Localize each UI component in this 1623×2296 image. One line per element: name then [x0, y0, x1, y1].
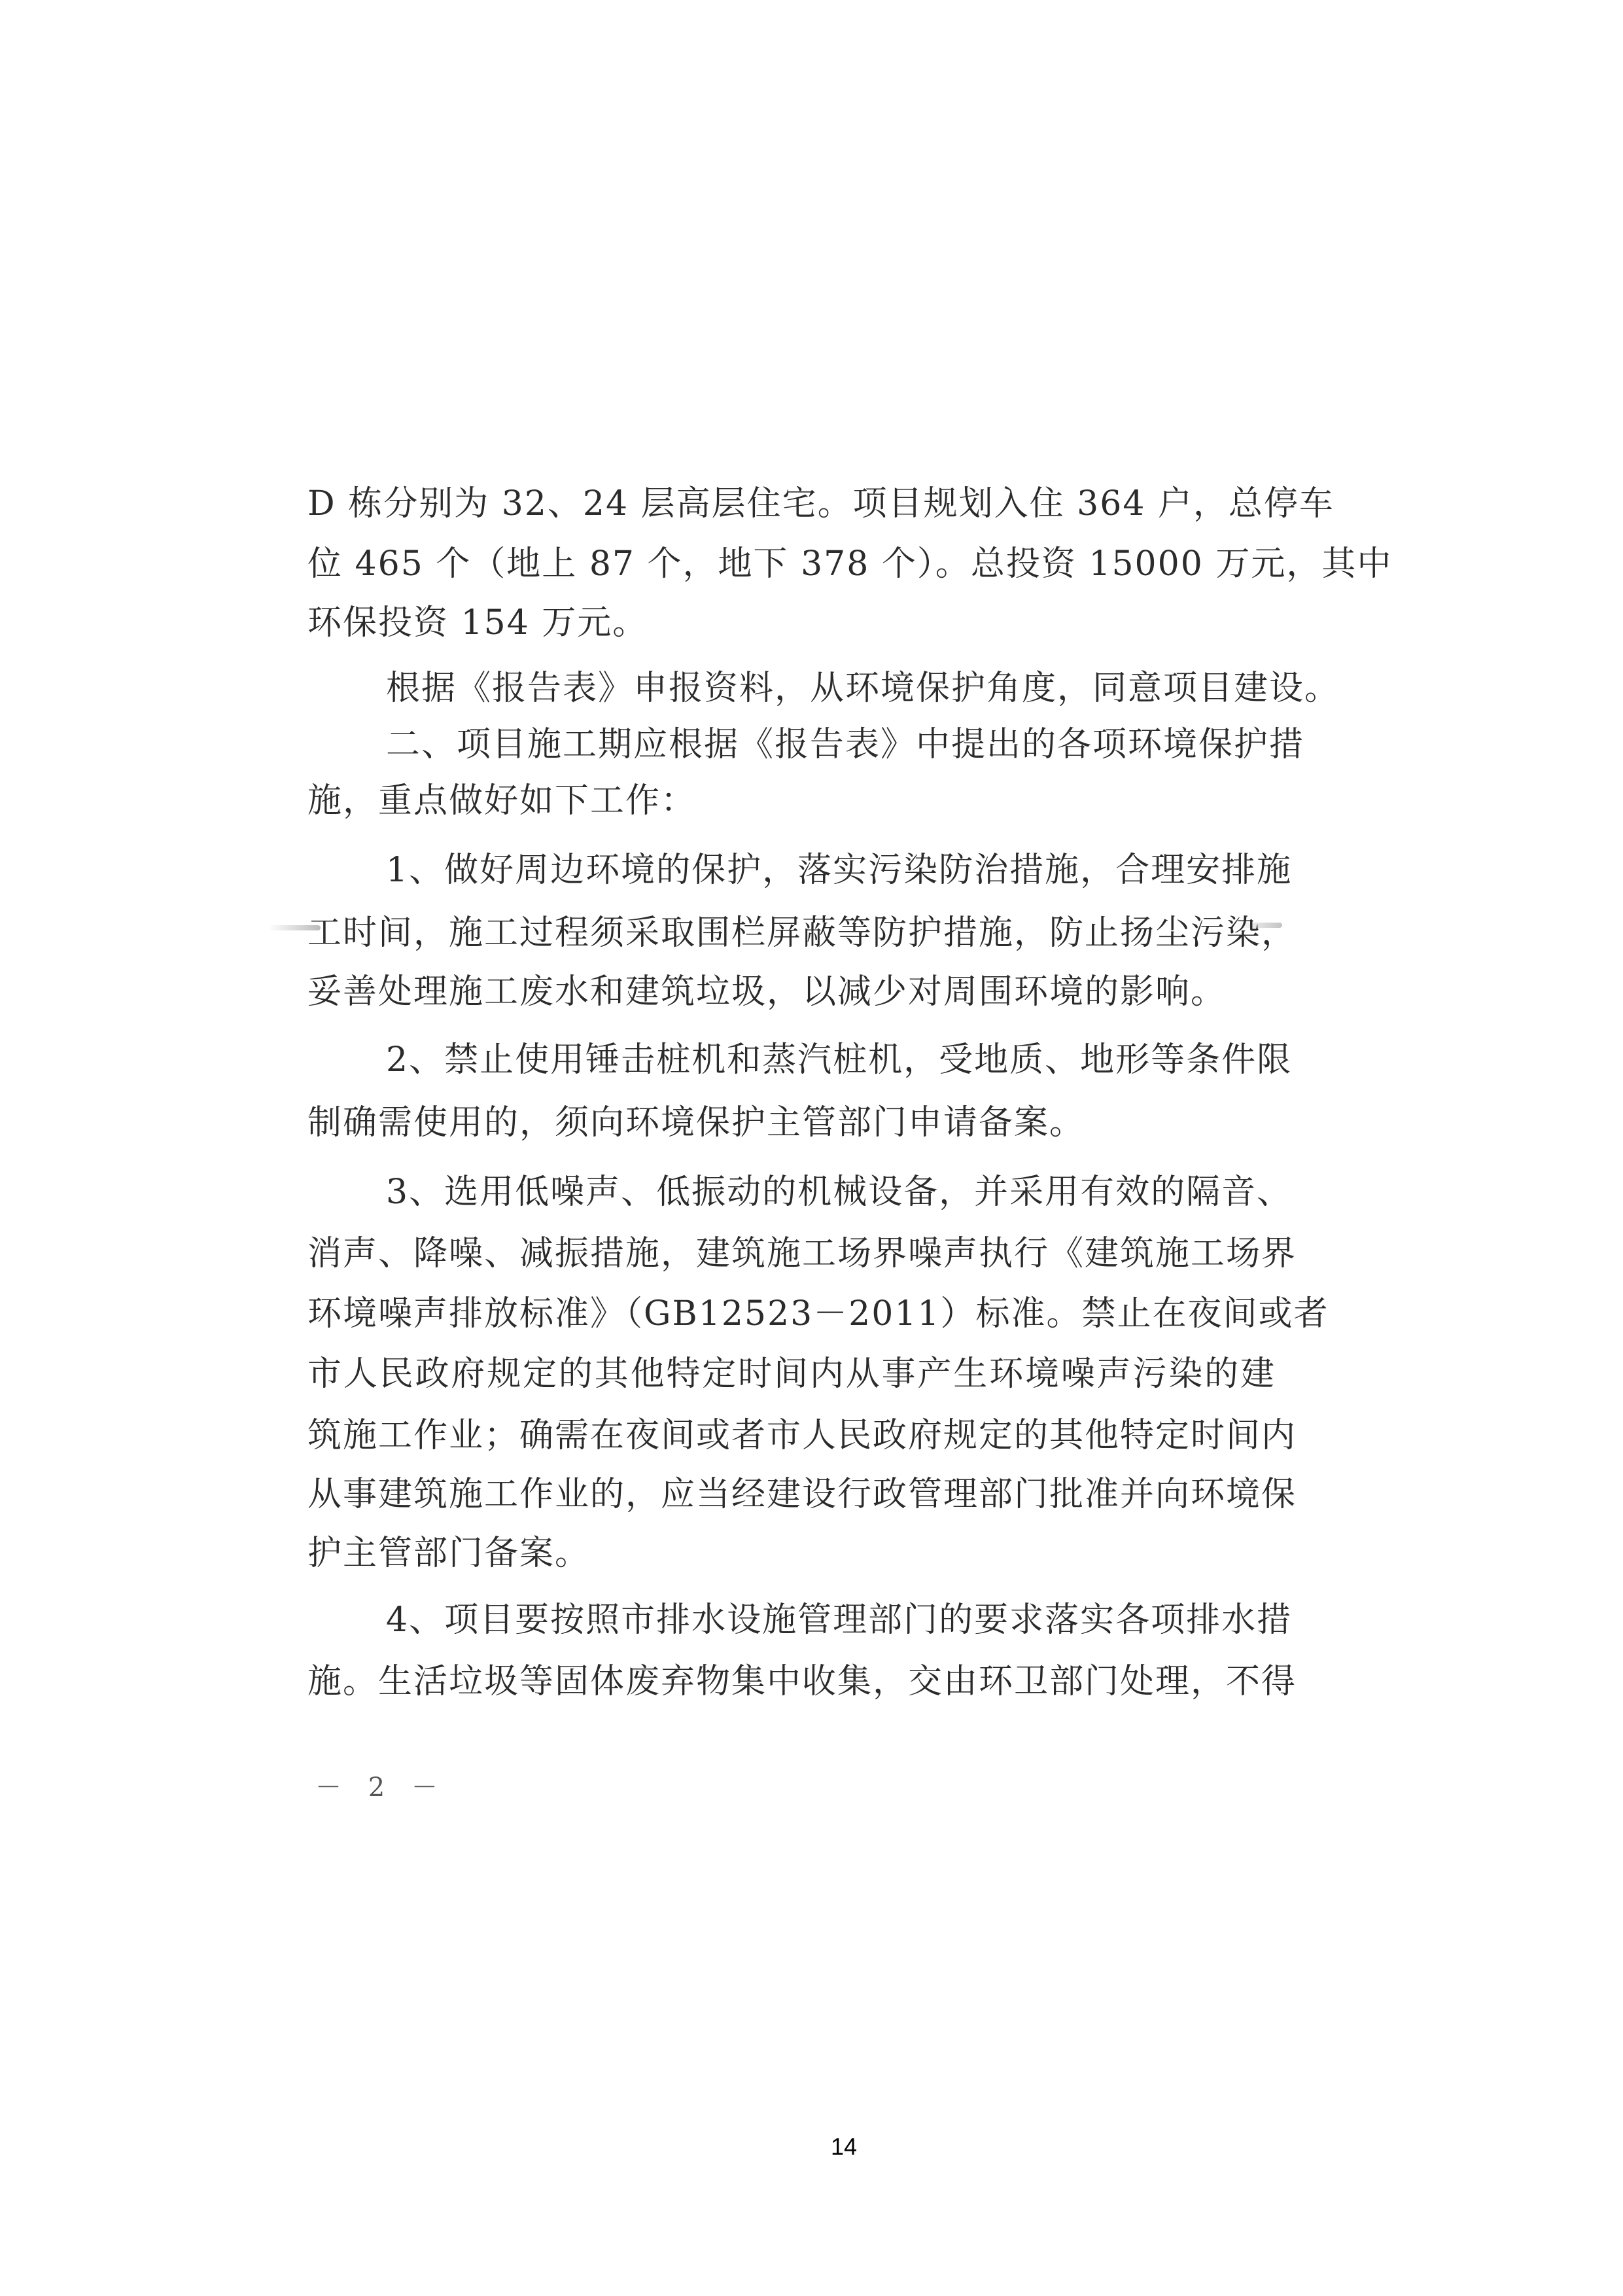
text-line: 4、项目要按照市排水设施管理部门的要求落实各项排水措 — [386, 1594, 1276, 1646]
text-line: 从事建筑施工作业的，应当经建设行政管理部门批准并向环境保 — [307, 1468, 1276, 1521]
text-line: 施，重点做好如下工作： — [307, 775, 1276, 827]
text-line: 1、做好周边环境的保护，落实污染防治措施，合理安排施 — [386, 844, 1276, 896]
text-line: 二、项目施工期应根据《报告表》中提出的各项环境保护措 — [386, 718, 1276, 771]
text-line: 3、选用低噪声、低振动的机械设备，并采用有效的隔音、 — [386, 1166, 1276, 1218]
original-page-marker: － 2 － — [315, 1767, 447, 1804]
text-line: 2、禁止使用锤击桩机和蒸汽桩机，受地质、地形等条件限 — [386, 1034, 1276, 1086]
footer-page-number: 14 — [831, 2133, 857, 2161]
text-line: 制确需使用的，须向环境保护主管部门申请备案。 — [307, 1097, 1276, 1149]
text-line: 妥善处理施工废水和建筑垃圾，以减少对周围环境的影响。 — [307, 966, 1276, 1018]
text-line: 筑施工作业；确需在夜间或者市人民政府规定的其他特定时间内 — [307, 1409, 1276, 1462]
text-line: 消声、降噪、减振措施，建筑施工场界噪声执行《建筑施工场界 — [307, 1227, 1276, 1280]
text-line: 位 465 个（地上 87 个，地下 378 个）。总投资 15000 万元，其… — [307, 538, 1276, 590]
text-line: 环保投资 154 万元。 — [307, 597, 1276, 649]
text-line: 环境噪声排放标准》（GB12523－2011）标准。禁止在夜间或者 — [307, 1288, 1276, 1340]
text-line: D 栋分别为 32、24 层高层住宅。项目规划入住 364 户，总停车 — [307, 478, 1276, 530]
text-line: 护主管部门备案。 — [307, 1527, 1276, 1580]
document-page: D 栋分别为 32、24 层高层住宅。项目规划入住 364 户，总停车 位 46… — [0, 0, 1623, 2296]
text-line: 工时间，施工过程须采取围栏屏蔽等防护措施，防止扬尘污染， — [307, 907, 1276, 959]
text-line: 根据《报告表》申报资料，从环境保护角度，同意项目建设。 — [386, 662, 1276, 715]
text-line: 市人民政府规定的其他特定时间内从事产生环境噪声污染的建 — [307, 1348, 1276, 1400]
text-line: 施。生活垃圾等固体废弃物集中收集，交由环卫部门处理，不得 — [307, 1655, 1276, 1708]
